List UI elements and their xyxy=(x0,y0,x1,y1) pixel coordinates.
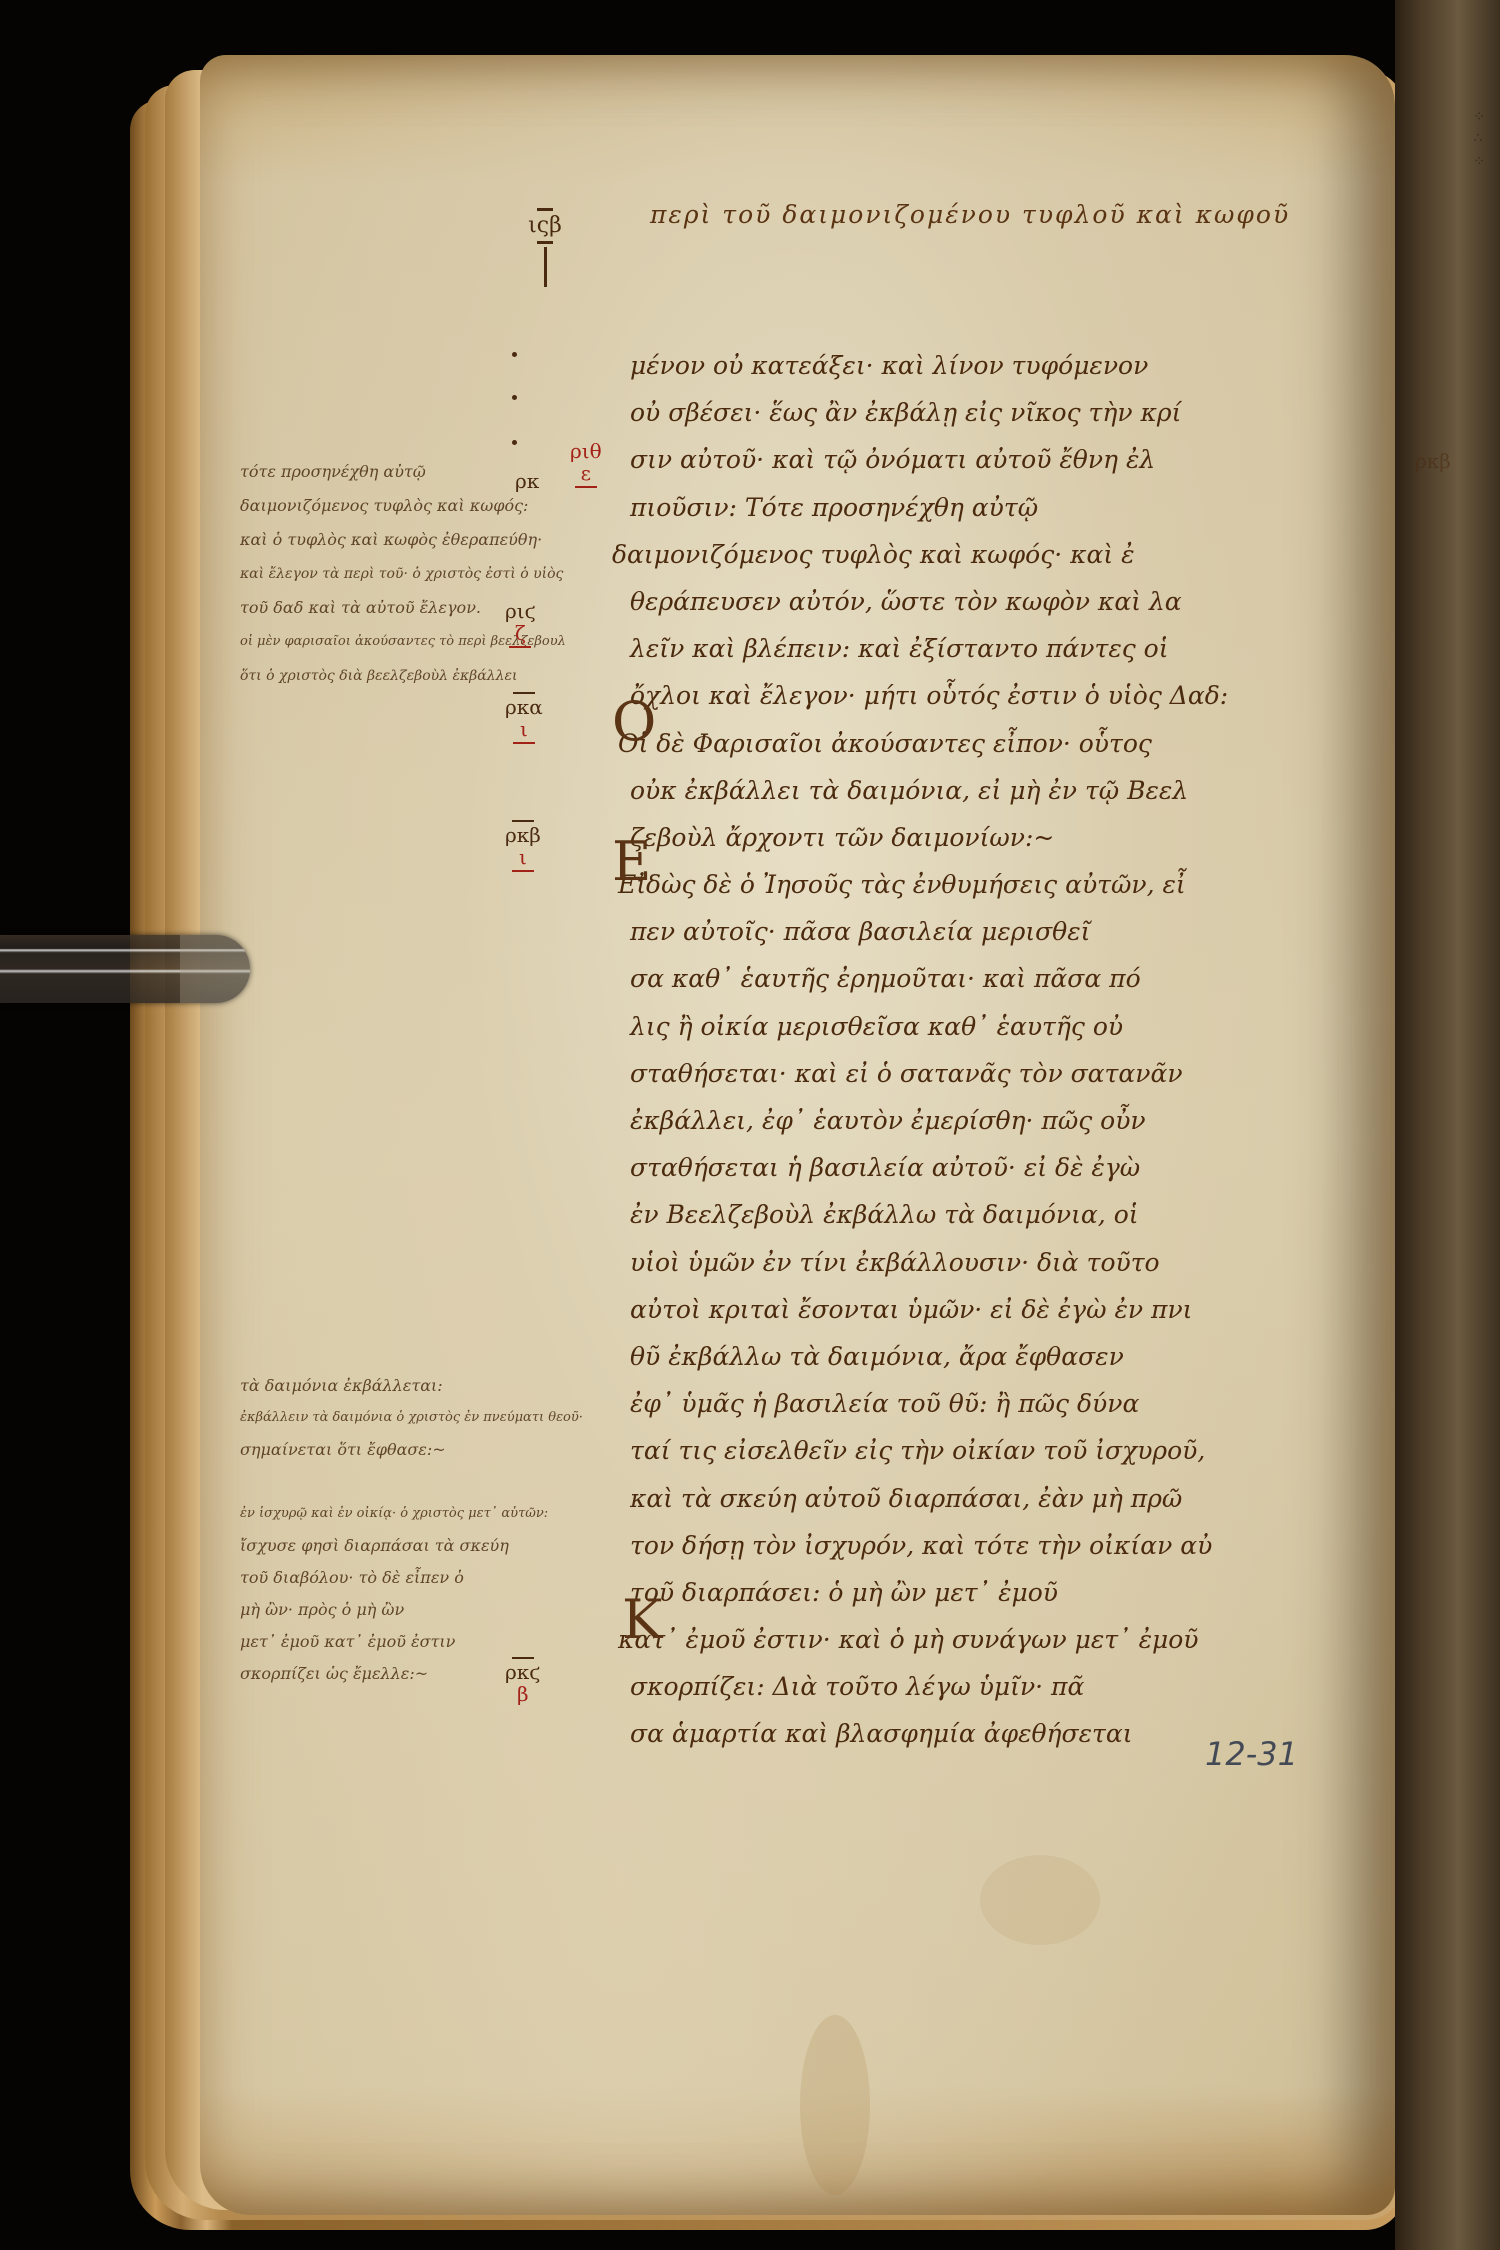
canon-section: ριϛ xyxy=(505,600,536,622)
margin-note-line: καὶ ὁ τυφλὸς καὶ κωφὸς ἐθεραπεύθη· xyxy=(240,523,566,557)
text-line: θεράπευσεν αὐτόν, ὥστε τὸν κωφὸν καὶ λα xyxy=(630,578,1390,625)
initial-epsilon: Ε xyxy=(612,830,651,893)
pencil-annotation: 12-31 xyxy=(1205,1735,1298,1773)
canon-number: ριϛ ζ xyxy=(505,600,536,650)
margin-note-line: καὶ ἔλεγον τὰ περὶ τοῦ· ὁ χριστὸς ἐστὶ ὁ… xyxy=(240,557,566,591)
chapter-title: περὶ τοῦ δαιμονιζομένου τυφλοῦ καὶ κωφοῦ xyxy=(650,200,1290,229)
text-line: οὐ σβέσει· ἕως ἂν ἐκβάλῃ εἰς νῖκος τὴν κ… xyxy=(630,389,1390,436)
text-line: σιν αὐτοῦ· καὶ τῷ ὀνόματι αὐτοῦ ἔθνη ἐλ xyxy=(630,436,1390,483)
canon-section: ρκ xyxy=(515,470,539,492)
section-number-text: ιςβ xyxy=(528,213,562,238)
margin-note-line: μετ᾽ ἐμοῦ κατ᾽ ἐμοῦ ἐστιν xyxy=(240,1626,583,1658)
right-margin-number: ρκβ xyxy=(1415,450,1451,472)
canon-number: ρκϛ β xyxy=(505,1655,540,1705)
overline-mark xyxy=(512,820,534,822)
overline-mark xyxy=(513,692,535,694)
right-margin-number-text: ρκβ xyxy=(1415,450,1451,472)
margin-dot xyxy=(512,352,517,357)
vertical-stroke xyxy=(544,247,547,287)
margin-note-line: σημαίνεται ὅτι ἔφθασε:~ xyxy=(240,1434,583,1466)
main-text-column: μένον οὐ κατεάξει· καὶ λίνον τυφόμενον ο… xyxy=(630,342,1390,1758)
canon-number: ρκα ι xyxy=(505,690,543,746)
text-line: μένον οὐ κατεάξει· καὶ λίνον τυφόμενον xyxy=(630,342,1390,389)
text-line: τον δήσῃ τὸν ἰσχυρόν, καὶ τότε τὴν οἰκία… xyxy=(630,1522,1390,1569)
text-line: σα καθ᾽ ἑαυτῆς ἐρημοῦται· καὶ πᾶσα πό xyxy=(630,955,1390,1002)
canon-section: ρκϛ xyxy=(505,1661,540,1683)
underline-mark xyxy=(537,241,553,244)
text-line: Εἰδὼς δὲ ὁ Ἰησοῦς τὰς ἐνθυμήσεις αὐτῶν, … xyxy=(618,861,1390,908)
text-line: λεῖν καὶ βλέπειν: καὶ ἐξίσταντο πάντες ο… xyxy=(630,625,1390,672)
canon-section: ριθ xyxy=(570,440,602,462)
rubric-rule xyxy=(575,486,597,488)
text-line: ἐν Βεελζεβοὺλ ἐκβάλλω τὰ δαιμόνια, οἱ xyxy=(630,1191,1390,1238)
margin-note-line: ἴσχυσε φησὶ διαρπάσαι τὰ σκεύη xyxy=(240,1530,583,1562)
margin-dot xyxy=(512,395,517,400)
text-line: ζεβοὺλ ἄρχοντι τῶν δαιμονίων:~ xyxy=(630,814,1390,861)
initial-omicron: Ο xyxy=(612,690,656,753)
canon-section: ρκα xyxy=(505,696,543,718)
book-clip-tip xyxy=(180,935,250,1003)
margin-note-line: δαιμονιζόμενος τυφλὸς καὶ κωφός: xyxy=(240,489,566,523)
margin-note-line: ἐκβάλλειν τὰ δαιμόνια ὁ χριστὸς ἐν πνεύμ… xyxy=(240,1402,583,1434)
canon-table: ε xyxy=(570,462,602,484)
rubric-rule xyxy=(509,646,531,648)
text-line: αὐτοὶ κριταὶ ἔσονται ὑμῶν· εἰ δὲ ἐγὼ ἐν … xyxy=(630,1286,1390,1333)
canon-table: ι xyxy=(505,718,543,740)
text-line: οὐκ ἐκβάλλει τὰ δαιμόνια, εἰ μὴ ἐν τῷ Βε… xyxy=(630,767,1390,814)
margin-note-line: ἐν ἰσχυρῷ καὶ ἐν οἰκίᾳ· ὁ χριστὸς μετ᾽ α… xyxy=(240,1498,583,1530)
text-line: κατ᾽ ἐμοῦ ἐστιν· καὶ ὁ μὴ συνάγων μετ᾽ ἐ… xyxy=(618,1616,1390,1663)
margin-note-line: τοῦ διαβόλου· τὸ δὲ εἶπεν ὁ xyxy=(240,1562,583,1594)
rubric-rule xyxy=(513,742,535,744)
rubric-rule xyxy=(512,870,534,872)
margin-note-line xyxy=(240,1466,583,1498)
margin-note-line: μὴ ὢν· πρὸς ὁ μὴ ὢν xyxy=(240,1594,583,1626)
text-line: δαιμονιζόμενος τυφλὸς καὶ κωφός· καὶ ἐ xyxy=(612,531,1390,578)
canon-table: β xyxy=(505,1683,540,1705)
text-line: σταθήσεται ἡ βασιλεία αὐτοῦ· εἰ δὲ ἐγὼ xyxy=(630,1144,1390,1191)
text-line: Οἱ δὲ Φαρισαῖοι ἀκούσαντες εἶπον· οὗτος xyxy=(618,720,1390,767)
margin-note-line: τὰ δαιμόνια ἐκβάλλεται: xyxy=(240,1370,583,1402)
margin-note-line: ὅτι ὁ χριστὸς διὰ βεελζεβοὺλ ἐκβάλλει xyxy=(240,659,566,693)
water-stain xyxy=(800,2015,870,2195)
text-line: ἐφ᾽ ὑμᾶς ἡ βασιλεία τοῦ θῦ: ἢ πῶς δύνα xyxy=(630,1380,1390,1427)
facing-leaf-marks: ⁘ ∴ ⁘ xyxy=(1470,110,1486,168)
text-line: πεν αὐτοῖς· πᾶσα βασιλεία μερισθεῖ xyxy=(630,908,1390,955)
foxing-stain xyxy=(980,1855,1100,1945)
canon-number: ρκ xyxy=(515,470,539,492)
text-line: σταθήσεται· καὶ εἰ ὁ σατανᾶς τὸν σατανᾶν xyxy=(630,1050,1390,1097)
text-line: θῦ ἐκβάλλω τὰ δαιμόνια, ἄρα ἔφθασεν xyxy=(630,1333,1390,1380)
overline-mark xyxy=(512,1657,534,1659)
canon-table: ι xyxy=(505,846,541,868)
facing-leaf xyxy=(1395,0,1500,2250)
canon-number: ριθ ε xyxy=(570,440,602,490)
text-line: ταί τις εἰσελθεῖν εἰς τὴν οἰκίαν τοῦ ἰσχ… xyxy=(630,1427,1390,1474)
text-line: υἱοὶ ὑμῶν ἐν τίνι ἐκβάλλουσιν· διὰ τοῦτο xyxy=(630,1239,1390,1286)
canon-section: ρκβ xyxy=(505,824,541,846)
text-line: σκορπίζει: Διὰ τοῦτο λέγω ὑμῖν· πᾶ xyxy=(630,1663,1390,1710)
text-line: πιοῦσιν: Τότε προσηνέχθη αὐτῷ xyxy=(630,484,1390,531)
text-line: ὄχλοι καὶ ἔλεγον· μήτι οὗτός ἐστιν ὁ υἱὸ… xyxy=(630,672,1390,719)
canon-table: ζ xyxy=(505,622,536,644)
margin-dot xyxy=(512,440,517,445)
text-line: ἐκβάλλει, ἐφ᾽ ἑαυτὸν ἐμερίσθη· πῶς οὖν xyxy=(630,1097,1390,1144)
text-line: λις ἢ οἰκία μερισθεῖσα καθ᾽ ἑαυτῆς οὐ xyxy=(630,1003,1390,1050)
margin-commentary-lower: τὰ δαιμόνια ἐκβάλλεται: ἐκβάλλειν τὰ δαι… xyxy=(240,1370,583,1690)
text-line: τοῦ διαρπάσει: ὁ μὴ ὢν μετ᾽ ἐμοῦ xyxy=(630,1569,1390,1616)
canon-number: ρκβ ι xyxy=(505,818,541,874)
text-line: καὶ τὰ σκεύη αὐτοῦ διαρπάσαι, ἐὰν μὴ πρῶ xyxy=(630,1475,1390,1522)
initial-kappa: Κ xyxy=(622,1588,662,1651)
heading-section-number: ιςβ xyxy=(525,205,565,290)
overline-mark xyxy=(537,208,553,211)
